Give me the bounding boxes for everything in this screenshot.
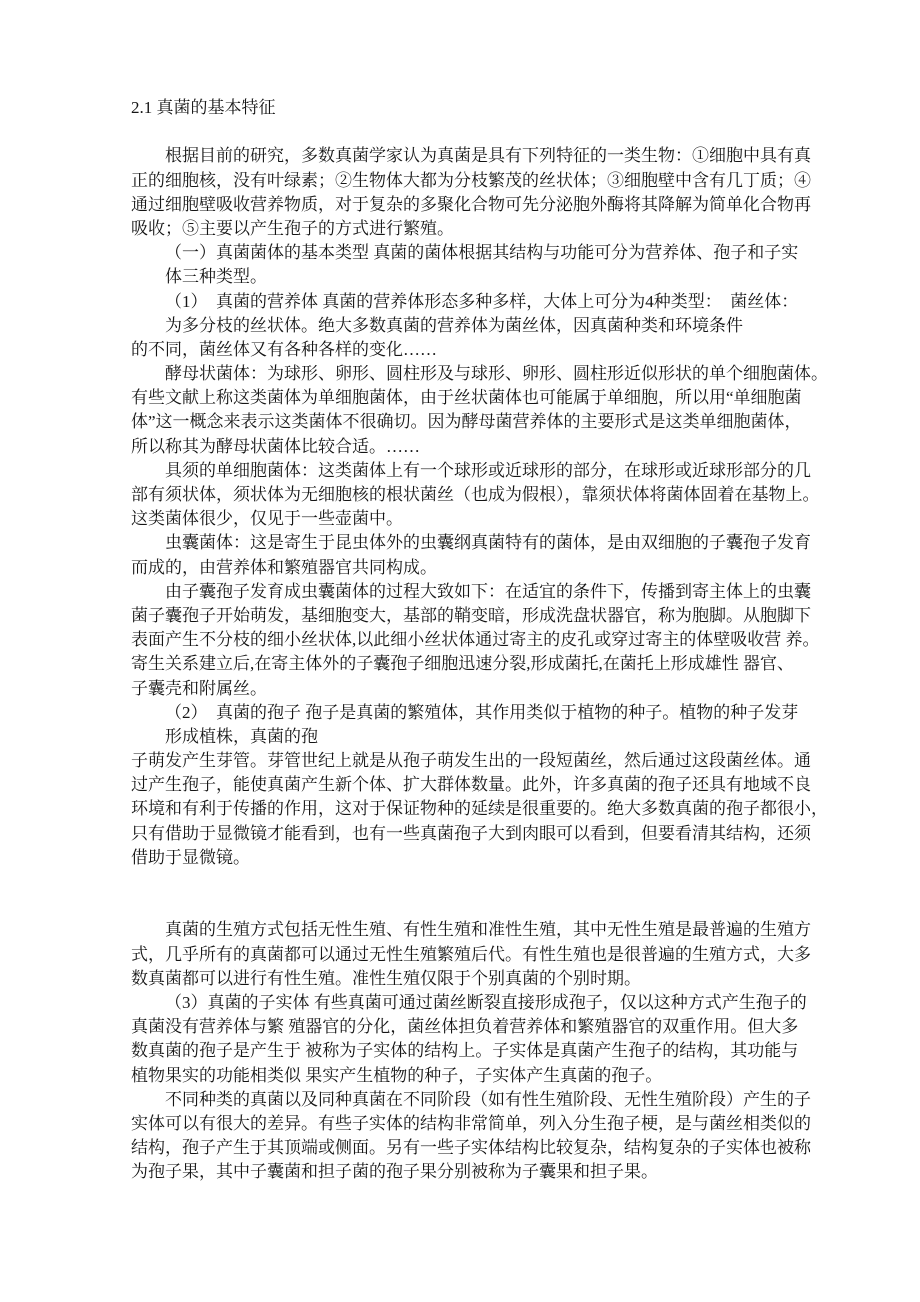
- text-line: 体”这一概念来表示这类菌体不很确切。因为酵母菌营养体的主要形式是这类单细胞菌体，: [131, 410, 815, 434]
- text-line: （2） 真菌的孢子 孢子是真菌的繁殖体，其作用类似于植物的种子。植物的种子发芽: [131, 701, 815, 725]
- text-line: 虫囊菌体：这是寄生于昆虫体外的虫囊纲真菌特有的菌体，是由双细胞的子囊孢子发育: [131, 531, 815, 555]
- text-body: 2.1 真菌的基本特征 根据目前的研究，多数真菌学家认为真菌是具有下列特征的一类…: [131, 96, 815, 1184]
- text-line: 菌子囊孢子开始萌发，基细胞变大，基部的鞘变暗，形成洗盘状器官，称为胞脚。从胞脚下: [131, 604, 815, 628]
- text-line: 通过细胞壁吸收营养物质，对于复杂的多聚化合物可先分泌胞外酶将其降解为简单化合物再: [131, 193, 815, 217]
- blank-line: [131, 870, 815, 894]
- text-line: 寄生关系建立后,在寄主体外的子囊孢子细胞迅速分裂,形成菌托,在菌托上形成雄性 器…: [131, 652, 815, 676]
- text-line: 根据目前的研究，多数真菌学家认为真菌是具有下列特征的一类生物：①细胞中具有真: [131, 144, 815, 168]
- text-line: 子囊壳和附属丝。: [131, 677, 815, 701]
- text-line: 子萌发产生芽管。芽管世纪上就是从孢子萌发生出的一段短菌丝，然后通过这段菌丝体。通: [131, 749, 815, 773]
- text-line: 表面产生不分枝的细小丝状体,以此细小丝状体通过寄主的皮孔或穿过寄主的体壁吸收营 …: [131, 628, 815, 652]
- text-line: 形成植株，真菌的孢: [131, 725, 815, 749]
- text-line: 酵母状菌体：为球形、卵形、圆柱形及与球形、卵形、圆柱形近似形状的单个细胞菌体。: [131, 362, 815, 386]
- text-line: 吸收；⑤主要以产生孢子的方式进行繁殖。: [131, 217, 815, 241]
- text-line: 真菌的生殖方式包括无性生殖、有性生殖和准性生殖，其中无性生殖是最普遍的生殖方: [131, 918, 815, 942]
- text-line: 环境和有利于传播的作用，这对于保证物种的延续是很重要的。绝大多数真菌的孢子都很小…: [131, 797, 815, 821]
- text-line: 数真菌的孢子是产生于 被称为子实体的结构上。子实体是真菌产生孢子的结构，其功能与: [131, 1039, 815, 1063]
- document-page: 2.1 真菌的基本特征 根据目前的研究，多数真菌学家认为真菌是具有下列特征的一类…: [0, 0, 920, 1302]
- text-line: 体三种类型。: [131, 265, 815, 289]
- blank-line: [131, 894, 815, 918]
- text-line: 部有须状体，须状体为无细胞核的根状菌丝（也成为假根），靠须状体将菌体固着在基物上…: [131, 483, 815, 507]
- text-line: 为多分枝的丝状体。绝大多数真菌的营养体为菌丝体，因真菌种类和环境条件: [131, 314, 815, 338]
- text-line: 由子囊孢子发育成虫囊菌体的过程大致如下：在适宜的条件下，传播到寄主体上的虫囊: [131, 580, 815, 604]
- text-line: 有些文献上称这类菌体为单细胞菌体，由于丝状菌体也可能属于单细胞，所以用“单细胞菌: [131, 386, 815, 410]
- text-line: 这类菌体很少，仅见于一些壶菌中。: [131, 507, 815, 531]
- text-line: 只有借助于显微镜才能看到，也有一些真菌孢子大到肉眼可以看到，但要看清其结构，还须: [131, 822, 815, 846]
- text-line: 的不同，菌丝体又有各种各样的变化……: [131, 338, 815, 362]
- text-line: 不同种类的真菌以及同种真菌在不同阶段（如有性生殖阶段、无性生殖阶段）产生的子: [131, 1088, 815, 1112]
- text-line: 所以称其为酵母状菌体比较合适。……: [131, 435, 815, 459]
- text-line: 植物果实的功能相类似 果实产生植物的种子，子实体产生真菌的孢子。: [131, 1064, 815, 1088]
- text-line: 过产生孢子，能使真菌产生新个体、扩大群体数量。此外，许多真菌的孢子还具有地域不良: [131, 773, 815, 797]
- text-line: 结构，孢子产生于其顶端或侧面。另有一些子实体结构比较复杂，结构复杂的子实体也被称: [131, 1136, 815, 1160]
- text-line: 正的细胞核，没有叶绿素；②生物体大都为分枝繁茂的丝状体；③细胞壁中含有几丁质；④: [131, 169, 815, 193]
- text-line: 具须的单细胞菌体：这类菌体上有一个球形或近球形的部分，在球形或近球形部分的几: [131, 459, 815, 483]
- text-line: （1） 真菌的营养体 真菌的营养体形态多种多样，大体上可分为4种类型： 菌丝体：: [131, 290, 815, 314]
- text-line: （3）真菌的子实体 有些真菌可通过菌丝断裂直接形成孢子，仅以这种方式产生孢子的: [131, 991, 815, 1015]
- blank-line: [131, 120, 815, 144]
- section-heading: 2.1 真菌的基本特征: [131, 96, 815, 120]
- text-line: 式，几乎所有的真菌都可以通过无性生殖繁殖后代。有性生殖也是很普遍的生殖方式，大多: [131, 943, 815, 967]
- text-line: 数真菌都可以进行有性生殖。准性生殖仅限于个别真菌的个别时期。: [131, 967, 815, 991]
- text-line: 真菌没有营养体与繁 殖器官的分化，菌丝体担负着营养体和繁殖器官的双重作用。但大多: [131, 1015, 815, 1039]
- text-line: 为孢子果，其中子囊菌和担子菌的孢子果分别被称为子囊果和担子果。: [131, 1160, 815, 1184]
- text-line: （一）真菌菌体的基本类型 真菌的菌体根据其结构与功能可分为营养体、孢子和子实: [131, 241, 815, 265]
- text-line: 而成的，由营养体和繁殖器官共同构成。: [131, 556, 815, 580]
- text-line: 实体可以有很大的差异。有些子实体的结构非常简单，列入分生孢子梗，是与菌丝相类似的: [131, 1112, 815, 1136]
- text-line: 借助于显微镜。: [131, 846, 815, 870]
